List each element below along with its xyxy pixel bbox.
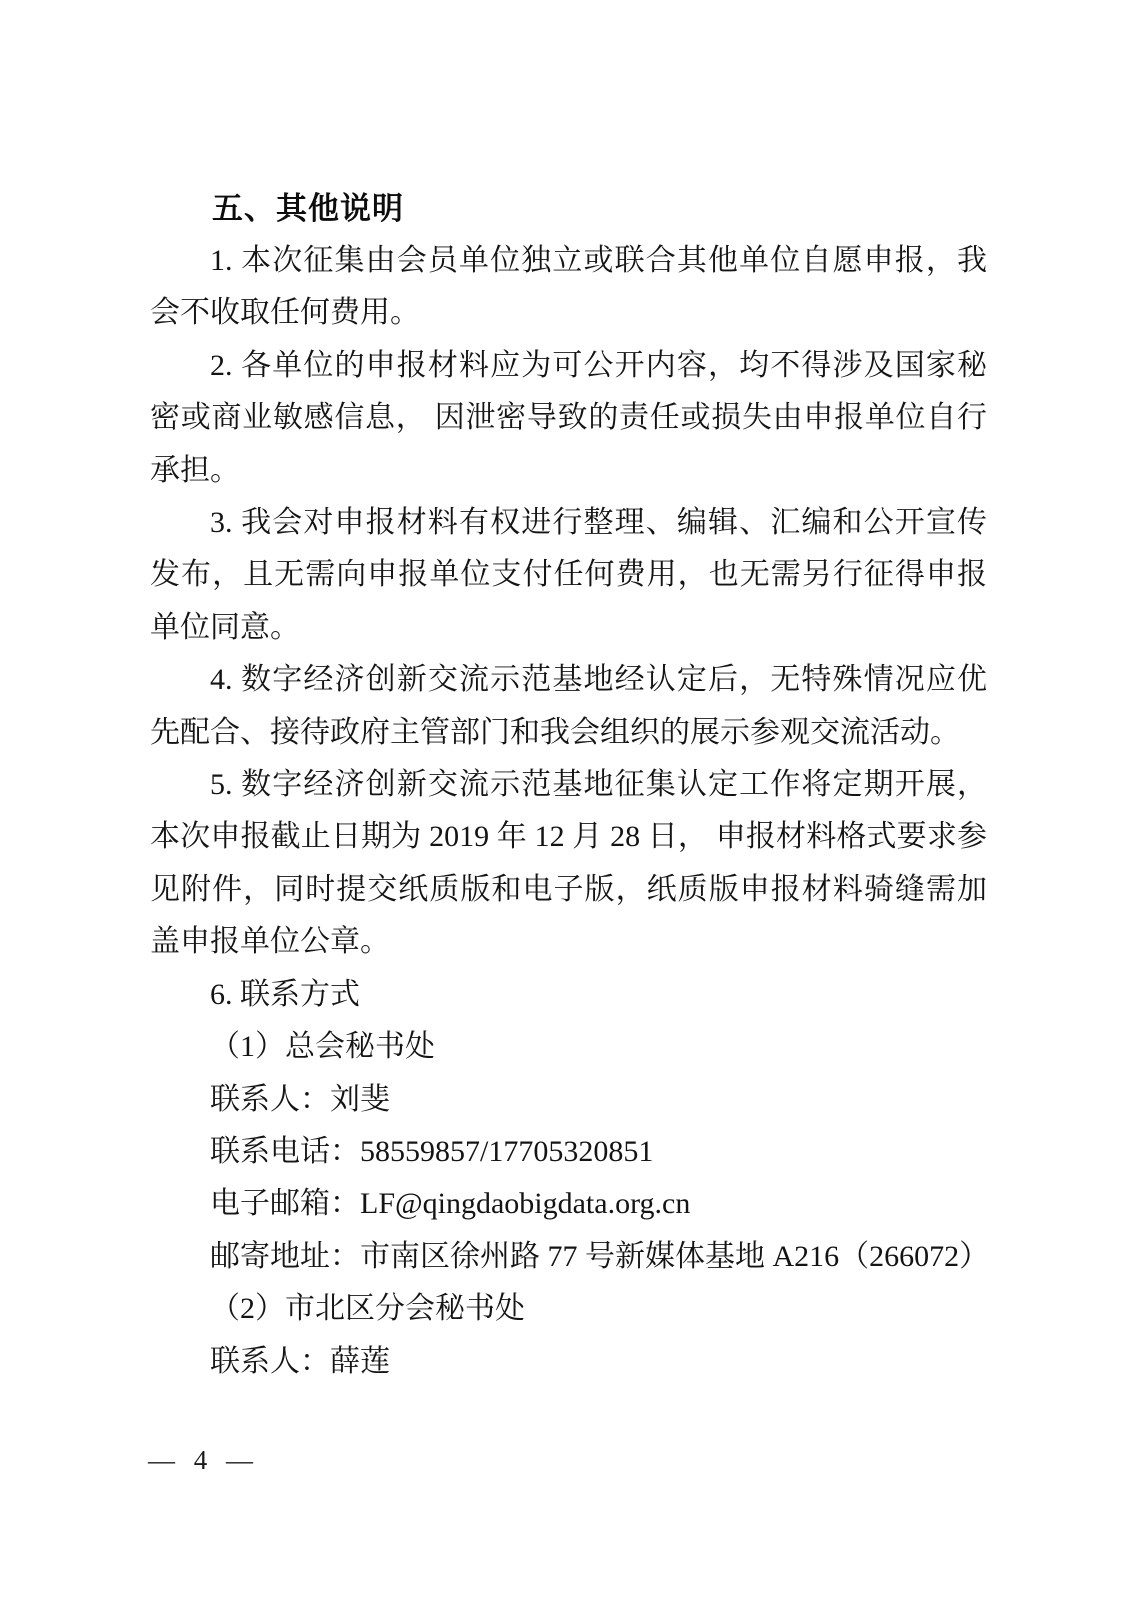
paragraph-5: 5. 数字经济创新交流示范基地征集认定工作将定期开展，本次申报截止日期为 201… bbox=[150, 759, 987, 969]
contact-1-title: （1）总会秘书处 bbox=[150, 1021, 987, 1073]
contact-1-phone: 联系电话：58559857/17705320851 bbox=[150, 1126, 987, 1178]
document-body: 五、其他说明 1. 本次征集由会员单位独立或联合其他单位自愿申报，我会不收取任何… bbox=[0, 0, 1131, 1388]
contact-1-address: 邮寄地址：市南区徐州路 77 号新媒体基地 A216（266072） bbox=[150, 1231, 987, 1283]
contact-2-title: （2）市北区分会秘书处 bbox=[150, 1283, 987, 1335]
paragraph-6-contact-heading: 6. 联系方式 bbox=[150, 969, 987, 1021]
paragraph-4: 4. 数字经济创新交流示范基地经认定后，无特殊情况应优先配合、接待政府主管部门和… bbox=[150, 654, 987, 759]
document-page: 五、其他说明 1. 本次征集由会员单位独立或联合其他单位自愿申报，我会不收取任何… bbox=[0, 0, 1131, 1600]
section-heading: 五、其他说明 bbox=[150, 182, 987, 235]
paragraph-1: 1. 本次征集由会员单位独立或联合其他单位自愿申报，我会不收取任何费用。 bbox=[150, 235, 987, 340]
paragraph-2: 2. 各单位的申报材料应为可公开内容，均不得涉及国家秘密或商业敏感信息， 因泄密… bbox=[150, 340, 987, 497]
contact-1-email: 电子邮箱：LF@qingdaobigdata.org.cn bbox=[150, 1178, 987, 1230]
contact-1-person: 联系人：刘斐 bbox=[150, 1074, 987, 1126]
page-number: — 4 — bbox=[148, 1440, 259, 1480]
paragraph-3: 3. 我会对申报材料有权进行整理、编辑、汇编和公开宣传发布，且无需向申报单位支付… bbox=[150, 497, 987, 654]
contact-2-person: 联系人：薛莲 bbox=[150, 1336, 987, 1388]
